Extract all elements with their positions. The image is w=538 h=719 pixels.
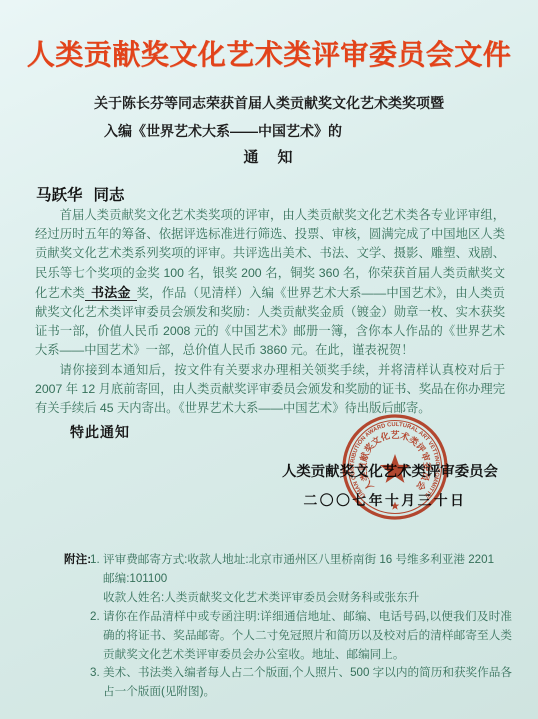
signature-block: 人类贡献奖文化艺术类评审委员会 二〇〇七年十月三十日 — [282, 460, 488, 509]
paragraph-2: 请你接到本通知后，按文件有关要求办理相关领奖手续，并将清样认真校对后于 2007… — [35, 361, 505, 419]
document-page: 人类贡献奖文化艺术类评审委员会文件 关于陈长芬等同志荣获首届人类贡献奖文化艺术类… — [0, 0, 538, 719]
recipient-name: 马跃华 — [36, 187, 83, 204]
salutation: 马跃华同志 — [36, 183, 125, 205]
footnote-item-3: 3. 美术、书法类入编者每人占二个版面,个人照片、500 字以内的简历和获奖作品… — [64, 664, 512, 702]
body-text: 首届人类贡献奖文化艺术类奖项的评审，由人类贡献奖文化艺术类各专业评审组，经过历时… — [35, 206, 505, 418]
footnote-1-line-3: 收款人姓名:人类贡献奖文化艺术类评审委员会财务科或张东升 — [103, 589, 512, 608]
footnote-1-line-1: 评审费邮寄方式:收款人地址:北京市通州区八里桥南街 16 号维多利亚港 2201 — [103, 551, 512, 570]
subject-block: 关于陈长芬等同志荣获首届人类贡献奖文化艺术类奖项暨 入编《世界艺术大系——中国艺… — [0, 89, 538, 145]
footnote-2-text: 请你在作品清样中或专函注明:详细通信地址、邮编、电话号码,以便我们及时准确的将证… — [103, 608, 512, 665]
subject-line-1: 关于陈长芬等同志荣获首届人类贡献奖文化艺术类奖项暨 — [0, 89, 538, 117]
paragraph-1: 首届人类贡献奖文化艺术类奖项的评审，由人类贡献奖文化艺术类各专业评审组，经过历时… — [35, 206, 505, 361]
footnote-item-2: 2. 请你在作品清样中或专函注明:详细通信地址、邮编、电话号码,以便我们及时准确… — [64, 608, 512, 665]
subject-line-2: 入编《世界艺术大系——中国艺术》的 — [0, 117, 492, 145]
signature-date: 二〇〇七年十月三十日 — [282, 489, 488, 509]
footnote-1-number: 1. — [90, 551, 100, 570]
footnote-1-line-2: 邮编:101100 — [103, 570, 512, 589]
document-title: 人类贡献奖文化艺术类评审委员会文件 — [0, 33, 538, 73]
recipient-suffix: 同志 — [94, 187, 125, 204]
committee-name: 人类贡献奖文化艺术类评审委员会 — [282, 460, 488, 481]
footnote-2-number: 2. — [90, 608, 100, 627]
footnote-3-text: 美术、书法类入编者每人占二个版面,个人照片、500 字以内的简历和获奖作品各占一… — [103, 664, 512, 702]
doc-type-heading: 通 知 — [0, 146, 538, 167]
closing-phrase: 特此通知 — [70, 422, 130, 442]
footnotes-block: 附注: 1. 评审费邮寄方式:收款人地址:北京市通州区八里桥南街 16 号维多利… — [64, 551, 512, 702]
award-fill-in-blank: 书法金 — [85, 285, 137, 301]
footnote-item-1: 1. 评审费邮寄方式:收款人地址:北京市通州区八里桥南街 16 号维多利亚港 2… — [64, 551, 512, 608]
footnote-3-number: 3. — [90, 664, 100, 683]
